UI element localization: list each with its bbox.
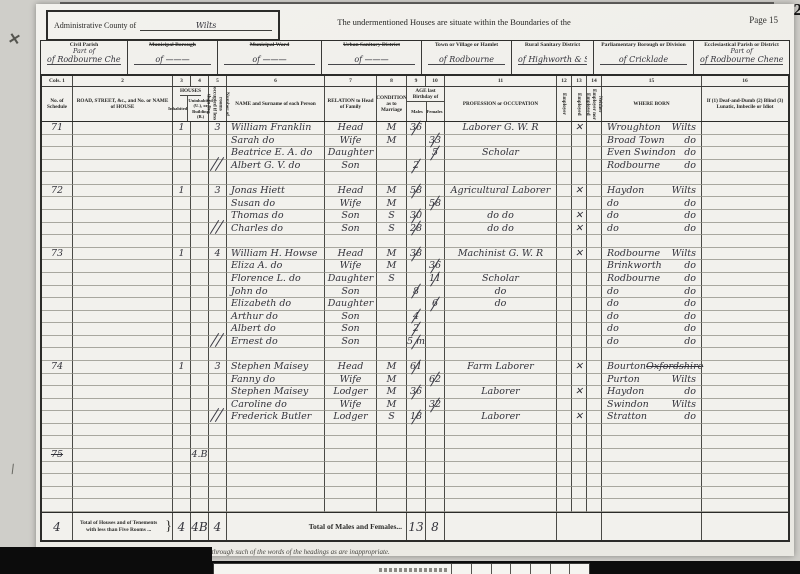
cell-occupation <box>444 462 556 475</box>
district-handwritten-prefix: Part of <box>43 48 125 55</box>
header-condition: CONDITION as to Marriage <box>376 87 406 121</box>
cell-name: William Franklin <box>226 122 324 135</box>
district-label: Parliamentary Borough or Division <box>596 42 691 48</box>
table-row <box>42 487 788 500</box>
table-row: Frederick Butler Lodger S 18 Laborer ✕ S… <box>42 411 788 424</box>
cell-age-male <box>406 147 425 160</box>
scan-black-corner <box>0 547 212 574</box>
cell-employer <box>556 273 571 286</box>
total-uninhabited: 4B <box>190 513 208 540</box>
cell-age-male: 30 <box>406 210 425 223</box>
cell-employed <box>571 424 586 437</box>
cell-uninhabited <box>190 298 208 311</box>
cell-rooms <box>208 499 226 512</box>
cell-where-born: SwindonWilts <box>601 399 701 412</box>
cell-age-female: 6 <box>425 298 444 311</box>
cell-age-male: 5 m <box>406 336 425 349</box>
cell-relation: Son <box>324 223 376 236</box>
cell-occupation <box>444 374 556 387</box>
district-box: Urban Sanitary District of ——— <box>321 41 421 75</box>
cell-where-born: PurtonWilts <box>601 374 701 387</box>
cell-rooms <box>208 311 226 324</box>
cell-where-born: WroughtonWilts <box>601 122 701 135</box>
cell-employer <box>556 323 571 336</box>
cell-age-male <box>406 235 425 248</box>
cell-inhabited <box>172 411 190 424</box>
cell-road <box>72 424 172 437</box>
cell-condition: M <box>376 386 406 399</box>
cell-neither <box>586 298 601 311</box>
cell-age-female <box>425 499 444 512</box>
cell-condition <box>376 323 406 336</box>
cell-infirmities <box>701 336 788 349</box>
total-rooms: 4 <box>208 513 226 540</box>
cell-infirmities <box>701 499 788 512</box>
cell-infirmities <box>701 348 788 361</box>
cell-inhabited <box>172 348 190 361</box>
colnum-10: 10 <box>425 76 444 86</box>
cell-relation: Wife <box>324 197 376 210</box>
cell-occupation <box>444 449 556 462</box>
cell-infirmities <box>701 374 788 387</box>
cell-uninhabited <box>190 336 208 349</box>
cell-age-male <box>406 172 425 185</box>
cell-schedule <box>42 411 72 424</box>
cell-employed: ✕ <box>571 210 586 223</box>
cell-age-male <box>406 348 425 361</box>
header-employed: Employed <box>571 87 586 121</box>
cell-where-born: Strattondo <box>601 411 701 424</box>
cell-road <box>72 399 172 412</box>
cell-where-born: dodo <box>601 323 701 336</box>
table-row: 75 4.B <box>42 449 788 462</box>
cell-uninhabited: 4.B <box>190 449 208 462</box>
totals-born-blank <box>601 513 701 540</box>
header-age: AGE last Birthday of <box>407 87 444 102</box>
margin-pen-mark: ✕ <box>6 29 22 50</box>
colnum-15: 15 <box>601 76 701 86</box>
cell-infirmities <box>701 235 788 248</box>
cell-name: Eliza A. do <box>226 260 324 273</box>
cell-age-female <box>425 449 444 462</box>
cell-employer <box>556 386 571 399</box>
administrative-county-box: Administrative County of Wilts <box>46 10 280 41</box>
cell-inhabited <box>172 449 190 462</box>
cell-neither <box>586 135 601 148</box>
cell-employer <box>556 248 571 261</box>
cell-age-female: 36 <box>425 260 444 273</box>
cell-rooms <box>208 172 226 185</box>
cell-employer <box>556 223 571 236</box>
cell-age-female <box>425 286 444 299</box>
cell-rooms <box>208 235 226 248</box>
cell-neither <box>586 386 601 399</box>
table-row: Susan do Wife M 58 dodo <box>42 197 788 210</box>
cell-where-born: dodo <box>601 311 701 324</box>
cell-road <box>72 336 172 349</box>
cell-employed <box>571 323 586 336</box>
cell-employer <box>556 235 571 248</box>
district-label: Town or Village or Hamlet <box>424 42 509 48</box>
cell-employed <box>571 462 586 475</box>
cell-inhabited <box>172 135 190 148</box>
cell-neither <box>586 248 601 261</box>
cell-schedule <box>42 462 72 475</box>
cell-uninhabited <box>190 499 208 512</box>
cell-condition: M <box>376 185 406 198</box>
cell-neither <box>586 260 601 273</box>
cell-uninhabited <box>190 248 208 261</box>
cell-condition: M <box>376 361 406 374</box>
cell-employed <box>571 147 586 160</box>
cell-rooms <box>208 374 226 387</box>
cell-uninhabited <box>190 235 208 248</box>
cell-neither <box>586 348 601 361</box>
cell-name: Arthur do <box>226 311 324 324</box>
cell-neither <box>586 436 601 449</box>
cell-condition <box>376 487 406 500</box>
cell-rooms <box>208 424 226 437</box>
cell-employer <box>556 197 571 210</box>
cell-neither <box>586 147 601 160</box>
cell-employer <box>556 436 571 449</box>
colnum-7: 7 <box>324 76 376 86</box>
header-houses: HOUSES <box>180 87 201 96</box>
cell-neither <box>586 399 601 412</box>
cell-relation: Wife <box>324 374 376 387</box>
cell-uninhabited <box>190 172 208 185</box>
cell-employer <box>556 449 571 462</box>
cell-uninhabited <box>190 487 208 500</box>
cell-uninhabited <box>190 474 208 487</box>
cell-relation: Lodger <box>324 386 376 399</box>
cell-occupation <box>444 487 556 500</box>
cell-name <box>226 348 324 361</box>
colnum-8: 8 <box>376 76 406 86</box>
cell-relation: Son <box>324 210 376 223</box>
district-handwritten-value: of Rodbourne Cheney <box>700 55 783 65</box>
cell-uninhabited <box>190 147 208 160</box>
cell-where-born <box>601 172 701 185</box>
cell-employer <box>556 172 571 185</box>
census-scan: { "page": { "corner_number": "32", "page… <box>0 0 800 574</box>
cell-schedule <box>42 487 72 500</box>
cell-age-male: 18 <box>406 411 425 424</box>
table-row: Stephen Maisey Lodger M 36 Laborer ✕ Hay… <box>42 386 788 399</box>
cell-road <box>72 286 172 299</box>
cell-occupation: Laborer <box>444 386 556 399</box>
cell-age-female <box>425 160 444 173</box>
cell-inhabited: 1 <box>172 122 190 135</box>
cell-occupation: do <box>444 286 556 299</box>
cell-neither <box>586 122 601 135</box>
cell-infirmities <box>701 361 788 374</box>
cell-employed <box>571 260 586 273</box>
cell-employer <box>556 374 571 387</box>
cell-neither <box>586 223 601 236</box>
table-row: Ernest do Son 5 m dodo <box>42 336 788 349</box>
cell-infirmities <box>701 487 788 500</box>
cell-age-male <box>406 273 425 286</box>
cell-name: Caroline do <box>226 399 324 412</box>
cell-condition <box>376 499 406 512</box>
cell-rooms: 3 <box>208 361 226 374</box>
cell-infirmities <box>701 197 788 210</box>
cell-occupation <box>444 260 556 273</box>
cell-road <box>72 323 172 336</box>
cell-inhabited <box>172 210 190 223</box>
cell-rooms <box>208 386 226 399</box>
cell-rooms <box>208 474 226 487</box>
cell-neither <box>586 235 601 248</box>
colnum-3: 3 <box>172 76 190 86</box>
total-schedule-count: 4 <box>42 513 72 540</box>
header-neither: Neither Employer nor Employed <box>586 87 601 121</box>
cell-employed <box>571 374 586 387</box>
cell-road <box>72 436 172 449</box>
district-handwritten-value: of ——— <box>224 55 315 65</box>
cell-age-female <box>425 185 444 198</box>
cell-road <box>72 462 172 475</box>
cell-inhabited <box>172 487 190 500</box>
cell-condition: M <box>376 248 406 261</box>
cell-name <box>226 474 324 487</box>
header-relation: RELATION to Head of Family <box>324 87 376 121</box>
district-handwritten-prefix <box>220 48 319 55</box>
cell-infirmities <box>701 311 788 324</box>
cell-employed <box>571 235 586 248</box>
cell-inhabited <box>172 399 190 412</box>
cell-rooms <box>208 135 226 148</box>
cell-road <box>72 386 172 399</box>
header-occupation: PROFESSION or OCCUPATION <box>444 87 556 121</box>
table-row: Florence L. do Daughter S 11 Scholar Rod… <box>42 273 788 286</box>
cell-occupation <box>444 235 556 248</box>
cell-employed <box>571 436 586 449</box>
cell-relation <box>324 474 376 487</box>
cell-uninhabited <box>190 374 208 387</box>
cell-schedule <box>42 474 72 487</box>
cell-road <box>72 160 172 173</box>
district-header-row: Civil Parish Part of of Rodbourne Cheney… <box>40 40 790 75</box>
cell-uninhabited <box>190 323 208 336</box>
cell-uninhabited <box>190 348 208 361</box>
cell-schedule <box>42 424 72 437</box>
colnum-16: 16 <box>701 76 788 86</box>
table-row <box>42 474 788 487</box>
cell-infirmities <box>701 436 788 449</box>
cell-schedule <box>42 386 72 399</box>
cell-schedule <box>42 336 72 349</box>
cell-condition <box>376 424 406 437</box>
cell-employed <box>571 311 586 324</box>
cell-age-male <box>406 449 425 462</box>
cell-inhabited: 1 <box>172 248 190 261</box>
colnum-12: 12 <box>556 76 571 86</box>
cell-schedule <box>42 286 72 299</box>
cell-occupation: Agricultural Laborer <box>444 185 556 198</box>
household-end-mark <box>211 156 221 172</box>
colnum-4: 4 <box>190 76 208 86</box>
cell-inhabited <box>172 235 190 248</box>
cell-age-male: 36 <box>406 386 425 399</box>
table-row: Charles do Son S 28 do do ✕ dodo <box>42 223 788 236</box>
cell-condition <box>376 160 406 173</box>
cell-employed <box>571 135 586 148</box>
cell-employed: ✕ <box>571 223 586 236</box>
cell-schedule <box>42 172 72 185</box>
cell-employer <box>556 160 571 173</box>
table-row: Beatrice E. A. do Daughter 5 Scholar Eve… <box>42 147 788 160</box>
cell-employed: ✕ <box>571 361 586 374</box>
cell-age-male: 38 <box>406 248 425 261</box>
cell-where-born <box>601 462 701 475</box>
cell-employed: ✕ <box>571 411 586 424</box>
cell-infirmities <box>701 386 788 399</box>
cell-occupation: Scholar <box>444 273 556 286</box>
cell-employer <box>556 311 571 324</box>
cell-age-female: 5 <box>425 147 444 160</box>
table-row <box>42 424 788 437</box>
table-row: Thomas do Son S 30 do do ✕ dodo <box>42 210 788 223</box>
header-name: NAME and Surname of each Person <box>226 87 324 121</box>
cell-employed <box>571 197 586 210</box>
district-handwritten-value: of Rodbourne Cheney <box>47 55 121 65</box>
page-number: Page 15 <box>749 15 778 25</box>
cell-age-female: 11 <box>425 273 444 286</box>
margin-pen-mark-2: 𝑙 <box>8 462 16 478</box>
cell-name: Jonas Hiett <box>226 185 324 198</box>
cell-inhabited: 1 <box>172 185 190 198</box>
cell-relation: Son <box>324 336 376 349</box>
cell-condition <box>376 311 406 324</box>
cell-name: Charles do <box>226 223 324 236</box>
cell-neither <box>586 311 601 324</box>
cell-age-male <box>406 436 425 449</box>
cell-age-male <box>406 298 425 311</box>
cell-where-born: dodo <box>601 197 701 210</box>
cell-name: John do <box>226 286 324 299</box>
cell-road <box>72 487 172 500</box>
cell-road <box>72 147 172 160</box>
table-row: Arthur do Son 4 dodo <box>42 311 788 324</box>
cell-uninhabited <box>190 260 208 273</box>
cell-road <box>72 172 172 185</box>
cell-condition: S <box>376 223 406 236</box>
cell-where-born: BourtonOxfordshire <box>601 361 701 374</box>
cell-name: Stephen Maisey <box>226 361 324 374</box>
cell-where-born: Even Swindondo <box>601 147 701 160</box>
cell-employed <box>571 160 586 173</box>
cell-age-female <box>425 172 444 185</box>
cell-uninhabited <box>190 197 208 210</box>
table-body: 71 1 3 William Franklin Head M 36 Labore… <box>42 122 788 512</box>
cell-uninhabited <box>190 135 208 148</box>
cell-rooms <box>208 223 226 236</box>
cell-name <box>226 487 324 500</box>
cell-rooms <box>208 260 226 273</box>
totals-infirm-blank <box>701 513 788 540</box>
cell-employer <box>556 298 571 311</box>
table-row <box>42 235 788 248</box>
cell-road <box>72 273 172 286</box>
cell-where-born: Broad Towndo <box>601 135 701 148</box>
cell-relation: Son <box>324 160 376 173</box>
cell-where-born <box>601 449 701 462</box>
cell-road <box>72 122 172 135</box>
cell-road <box>72 197 172 210</box>
household-end-mark <box>211 332 221 348</box>
cell-employed <box>571 273 586 286</box>
district-handwritten-value: of ——— <box>134 55 211 65</box>
cell-infirmities <box>701 248 788 261</box>
cell-occupation <box>444 336 556 349</box>
district-box: Rural Sanitary District of Highworth & S… <box>511 41 593 75</box>
cell-occupation <box>444 436 556 449</box>
cell-infirmities <box>701 160 788 173</box>
household-end-mark <box>211 219 221 235</box>
header-where-born: WHERE BORN <box>601 87 701 121</box>
cell-occupation <box>444 474 556 487</box>
cell-neither <box>586 424 601 437</box>
cell-condition <box>376 336 406 349</box>
cell-infirmities <box>701 260 788 273</box>
district-box: Municipal Ward of ——— <box>217 41 321 75</box>
cell-employer <box>556 122 571 135</box>
cell-condition: S <box>376 411 406 424</box>
total-inhabited: 4 <box>172 513 190 540</box>
cell-relation: Wife <box>324 135 376 148</box>
cell-occupation <box>444 311 556 324</box>
cell-rooms <box>208 160 226 173</box>
cell-where-born: HaydonWilts <box>601 185 701 198</box>
cell-rooms <box>208 273 226 286</box>
cell-rooms <box>208 449 226 462</box>
cell-relation <box>324 348 376 361</box>
table-row: 74 1 3 Stephen Maisey Head M 61 Farm Lab… <box>42 361 788 374</box>
cell-employer <box>556 487 571 500</box>
cell-relation: Daughter <box>324 273 376 286</box>
cell-condition <box>376 348 406 361</box>
cell-age-male <box>406 374 425 387</box>
cell-where-born: dodo <box>601 336 701 349</box>
cell-infirmities <box>701 286 788 299</box>
cell-age-male <box>406 424 425 437</box>
totals-employ-blank <box>556 513 601 540</box>
next-page-cells <box>451 564 589 574</box>
cell-age-female <box>425 336 444 349</box>
cell-inhabited <box>172 436 190 449</box>
cell-age-female <box>425 248 444 261</box>
cell-uninhabited <box>190 436 208 449</box>
cell-occupation: Machinist G. W. R <box>444 248 556 261</box>
cell-where-born <box>601 235 701 248</box>
cell-name: Thomas do <box>226 210 324 223</box>
cell-road <box>72 311 172 324</box>
table-row: 72 1 3 Jonas Hiett Head M 58 Agricultura… <box>42 185 788 198</box>
cell-condition <box>376 449 406 462</box>
cell-employed <box>571 172 586 185</box>
cell-occupation: Scholar <box>444 147 556 160</box>
cell-infirmities <box>701 273 788 286</box>
cell-age-male <box>406 487 425 500</box>
cell-age-male: 2 <box>406 323 425 336</box>
cell-neither <box>586 172 601 185</box>
cell-infirmities <box>701 172 788 185</box>
cell-infirmities <box>701 185 788 198</box>
cell-employer <box>556 286 571 299</box>
cell-age-male: 36 <box>406 122 425 135</box>
